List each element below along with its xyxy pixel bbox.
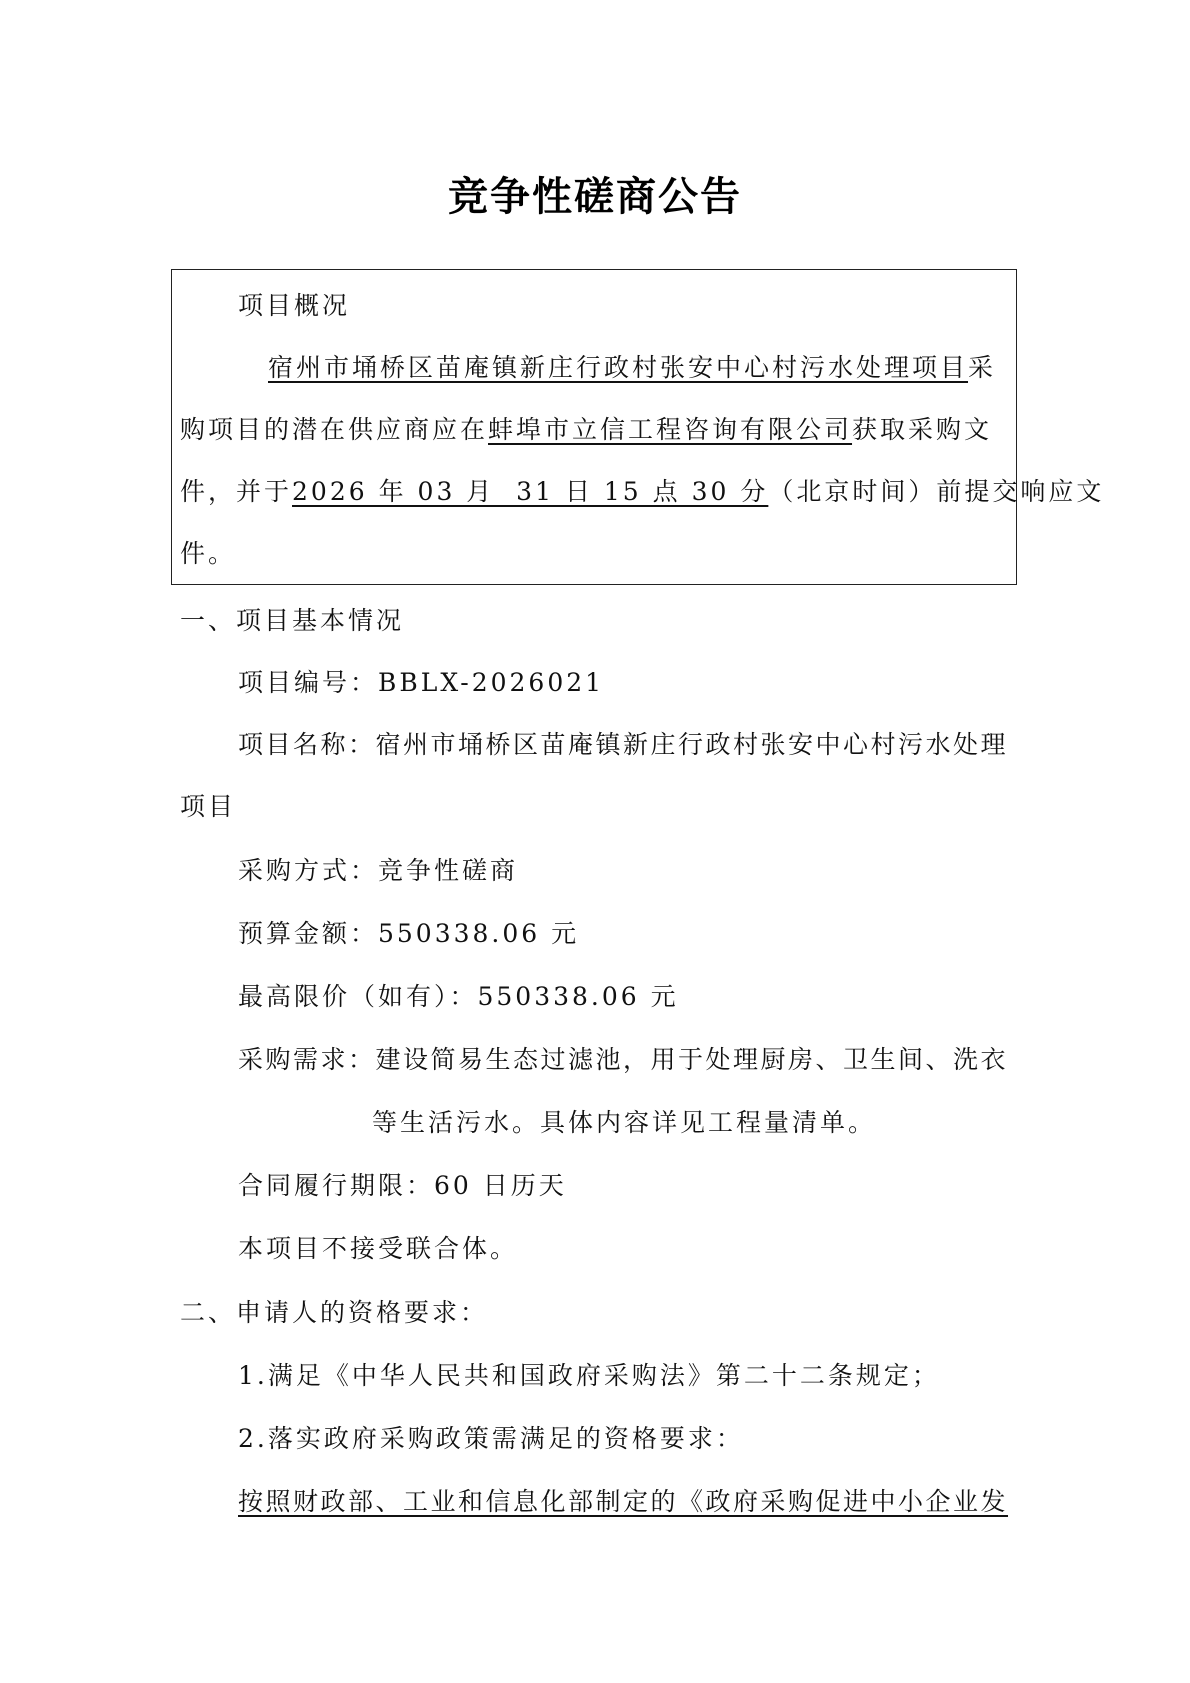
qualification-item-2: 2.落实政府采购政策需满足的资格要求： bbox=[238, 1423, 744, 1455]
consortium-note: 本项目不接受联合体。 bbox=[238, 1233, 518, 1265]
overview-line-3-suffix: （北京时间）前提交响应文 bbox=[768, 477, 1104, 506]
document-title: 竞争性磋商公告 bbox=[0, 165, 1190, 222]
section2-heading: 二、申请人的资格要求： bbox=[180, 1297, 488, 1329]
submission-deadline: 2026 年 03 月 31 日 15 点 30 分 bbox=[292, 477, 768, 506]
qualification-item-1: 1.满足《中华人民共和国政府采购法》第二十二条规定； bbox=[238, 1360, 940, 1392]
qualification-item-2-detail: 按照财政部、工业和信息化部制定的《政府采购促进中小企业发 bbox=[238, 1486, 1008, 1518]
overview-line-2: 购项目的潜在供应商应在蚌埠市立信工程咨询有限公司获取采购文 bbox=[180, 414, 992, 446]
budget-amount: 预算金额：550338.06 元 bbox=[238, 918, 579, 950]
overview-line-1-suffix: 采 bbox=[968, 353, 996, 382]
procurement-method: 采购方式：竞争性磋商 bbox=[238, 855, 518, 887]
overview-line-4: 件。 bbox=[180, 538, 236, 570]
section1-heading: 一、项目基本情况 bbox=[180, 605, 404, 637]
overview-line-2-suffix: 获取采购文 bbox=[852, 415, 992, 444]
overview-line-3-prefix: 件，并于 bbox=[180, 477, 292, 506]
max-price: 最高限价（如有）：550338.06 元 bbox=[238, 981, 679, 1013]
overview-line-2-prefix: 购项目的潜在供应商应在 bbox=[180, 415, 488, 444]
overview-heading: 项目概况 bbox=[238, 290, 350, 322]
project-name-line-2: 项目 bbox=[180, 791, 236, 823]
requirement-line-1: 采购需求：建设简易生态过滤池，用于处理厨房、卫生间、洗衣 bbox=[238, 1044, 1008, 1076]
project-number: 项目编号：BBLX-2026021 bbox=[238, 667, 604, 699]
project-name-link: 宿州市埇桥区苗庵镇新庄行政村张安中心村污水处理项目 bbox=[268, 353, 968, 382]
requirement-line-2: 等生活污水。具体内容详见工程量清单。 bbox=[372, 1107, 876, 1139]
project-name-line-1: 项目名称：宿州市埇桥区苗庵镇新庄行政村张安中心村污水处理 bbox=[238, 729, 1008, 761]
agency-name: 蚌埠市立信工程咨询有限公司 bbox=[488, 415, 852, 444]
overview-line-1: 宿州市埇桥区苗庵镇新庄行政村张安中心村污水处理项目采 bbox=[268, 352, 996, 384]
contract-duration: 合同履行期限：60 日历天 bbox=[238, 1170, 567, 1202]
overview-line-3: 件，并于2026 年 03 月 31 日 15 点 30 分（北京时间）前提交响… bbox=[180, 476, 1104, 508]
